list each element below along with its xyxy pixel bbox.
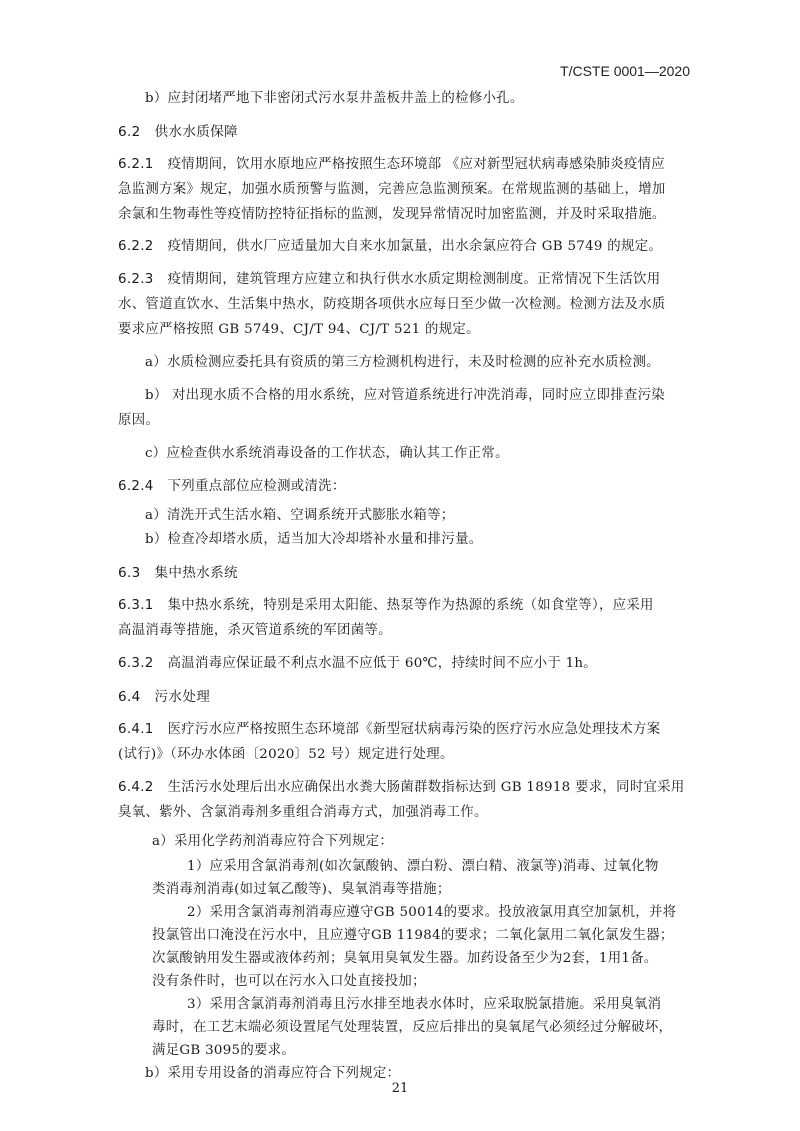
text-line: 余氯和生物毒性等疫情防控特征指标的监测，发现异常情况时加密监测，并及时采取措施。 — [118, 203, 666, 222]
text-line: 2）采用含氯消毒剂消毒应遵守GB 50014的要求。投放液氯用真空加氯机，并将 — [187, 901, 676, 920]
text-line: 投氯管出口淹没在污水中，且应遵守GB 11984的要求；二氧化氯用二氧化氯发生器… — [152, 924, 674, 943]
line-text: 原因。 — [118, 413, 159, 428]
line-text: a）采用化学药剂消毒应符合下列规定： — [152, 834, 393, 849]
line-text: 2）采用含氯消毒剂消毒应遵守GB 50014的要求。投放液氯用真空加氯机，并将 — [187, 905, 676, 920]
clause-line: 6.2.2疫情期间，供水厂应适量加大自来水加氯量，出水余氯应符合 GB 5749… — [118, 235, 662, 254]
text-line: b）采用专用设备的消毒应符合下列规定： — [145, 1062, 400, 1081]
line-text: b）检查冷却塔水质，适当加大冷却塔补水量和排污量。 — [145, 532, 482, 547]
line-text: 高温消毒等措施，杀灭管道系统的军团菌等。 — [118, 623, 392, 638]
line-text: 供水水质保障 — [155, 124, 238, 140]
clause-number: 6.3 — [118, 565, 141, 581]
text-line: a）清洗开式生活水箱、空调系统开式膨胀水箱等； — [145, 504, 454, 523]
line-text: b） 对出现水质不合格的用水系统，应对管道系统进行冲洗消毒，同时应立即排查污染 — [145, 388, 665, 403]
clause-line: 6.2.3疫情期间，建筑管理方应建立和执行供水水质定期检测制度。正常情况下生活饮… — [118, 268, 660, 287]
clause-number: 6.3.1 — [118, 598, 154, 613]
line-text: 要求应严格按照 GB 5749、CJ/T 94、CJ/T 521 的规定。 — [118, 322, 480, 337]
document-code: T/CSTE 0001—2020 — [560, 63, 690, 79]
clause-line: 6.3集中热水系统 — [118, 561, 238, 581]
clause-number: 6.2 — [118, 124, 141, 140]
line-text: 疫情期间，饮用水原地应严格按照生态环境部 《应对新型冠状病毒感染肺炎疫情应 — [168, 157, 665, 172]
line-text: b）采用专用设备的消毒应符合下列规定： — [145, 1066, 400, 1081]
line-text: 1）应采用含氯消毒剂(如次氯酸钠、漂白粉、漂白精、液氯等)消毒、过氧化物 — [187, 859, 659, 874]
line-text: 水、管道直饮水、生活集中热水，防疫期各项供水应每日至少做一次检测。检测方法及水质 — [118, 297, 666, 312]
clause-number: 6.3.2 — [118, 656, 154, 671]
line-text: 疫情期间，建筑管理方应建立和执行供水水质定期检测制度。正常情况下生活饮用 — [168, 272, 661, 287]
line-text: 集中热水系统 — [155, 565, 238, 581]
text-line: b） 对出现水质不合格的用水系统，应对管道系统进行冲洗消毒，同时应立即排查污染 — [145, 384, 665, 403]
text-line: 没有条件时，也可以在污水入口处直接投加； — [152, 970, 426, 989]
clause-line: 6.2供水水质保障 — [118, 120, 238, 140]
line-text: 高温消毒应保证最不利点水温不应低于 60℃，持续时间不应小于 1h。 — [168, 656, 597, 671]
text-line: a）水质检测应委托具有资质的第三方检测机构进行，未及时检测的应补充水质检测。 — [145, 351, 660, 370]
line-text: 余氯和生物毒性等疫情防控特征指标的监测，发现异常情况时加密监测，并及时采取措施。 — [118, 207, 666, 222]
text-line: 原因。 — [118, 409, 159, 428]
text-line: 急监测方案》规定，加强水质预警与监测，完善应急监测预案。在常规监测的基础上，增加 — [118, 178, 666, 197]
text-line: b）应封闭堵严地下非密闭式污水泵井盖板井盖上的检修小孔。 — [145, 87, 524, 106]
line-text: 满足GB 3095的要求。 — [152, 1043, 295, 1058]
clause-number: 6.4.1 — [118, 722, 154, 737]
clause-line: 6.2.4下列重点部位应检测或清洗： — [118, 475, 346, 494]
line-text: 没有条件时，也可以在污水入口处直接投加； — [152, 974, 426, 989]
text-line: a）采用化学药剂消毒应符合下列规定： — [152, 830, 393, 849]
line-text: 疫情期间，供水厂应适量加大自来水加氯量，出水余氯应符合 GB 5749 的规定。 — [168, 239, 663, 254]
line-text: 3）采用含氯消毒剂消毒且污水排至地表水体时，应采取脱氯措施。采用臭氧消 — [187, 997, 661, 1012]
line-text: 臭氧、紫外、含氯消毒剂多重组合消毒方式，加强消毒工作。 — [118, 805, 488, 820]
text-line: 1）应采用含氯消毒剂(如次氯酸钠、漂白粉、漂白精、液氯等)消毒、过氧化物 — [187, 855, 659, 874]
line-text: (试行)》（环办水体函〔2020〕52 号）规定进行处理。 — [118, 747, 454, 762]
clause-line: 6.3.1集中热水系统，特别是采用太阳能、热泵等作为热源的系统（如食堂等），应采… — [118, 594, 654, 613]
clause-line: 6.3.2高温消毒应保证最不利点水温不应低于 60℃，持续时间不应小于 1h。 — [118, 652, 597, 671]
line-text: c）应检查供水系统消毒设备的工作状态，确认其工作正常。 — [145, 446, 509, 461]
text-line: 类消毒剂消毒(如过氧乙酸等)、臭氧消毒等措施； — [152, 878, 451, 897]
text-line: 3）采用含氯消毒剂消毒且污水排至地表水体时，应采取脱氯措施。采用臭氧消 — [187, 993, 661, 1012]
line-text: 医疗污水应严格按照生态环境部《新型冠状病毒污染的医疗污水应急处理技术方案 — [168, 722, 661, 737]
line-text: 污水处理 — [155, 689, 211, 705]
text-line: 臭氧、紫外、含氯消毒剂多重组合消毒方式，加强消毒工作。 — [118, 801, 488, 820]
clause-number: 6.4 — [118, 689, 141, 705]
line-text: a）清洗开式生活水箱、空调系统开式膨胀水箱等； — [145, 508, 454, 523]
line-text: 急监测方案》规定，加强水质预警与监测，完善应急监测预案。在常规监测的基础上，增加 — [118, 182, 666, 197]
line-text: 投氯管出口淹没在污水中，且应遵守GB 11984的要求；二氧化氯用二氧化氯发生器… — [152, 928, 674, 943]
clause-number: 6.2.1 — [118, 157, 154, 172]
clause-line: 6.4.1医疗污水应严格按照生态环境部《新型冠状病毒污染的医疗污水应急处理技术方… — [118, 718, 660, 737]
clause-number: 6.2.2 — [118, 239, 154, 254]
line-text: 集中热水系统，特别是采用太阳能、热泵等作为热源的系统（如食堂等），应采用 — [168, 598, 654, 613]
line-text: a）水质检测应委托具有资质的第三方检测机构进行，未及时检测的应补充水质检测。 — [145, 355, 660, 370]
text-line: 要求应严格按照 GB 5749、CJ/T 94、CJ/T 521 的规定。 — [118, 318, 480, 337]
text-line: b）检查冷却塔水质，适当加大冷却塔补水量和排污量。 — [145, 528, 482, 547]
line-text: 类消毒剂消毒(如过氧乙酸等)、臭氧消毒等措施； — [152, 882, 451, 897]
text-line: 毒时，在工艺末端必须设置尾气处理装置，反应后排出的臭氧尾气必须经过分解破坏， — [152, 1016, 672, 1035]
text-line: 满足GB 3095的要求。 — [152, 1039, 295, 1058]
text-line: 水、管道直饮水、生活集中热水，防疫期各项供水应每日至少做一次检测。检测方法及水质 — [118, 293, 666, 312]
line-text: 生活污水处理后出水应确保出水粪大肠菌群数指标达到 GB 18918 要求，同时宜… — [168, 780, 685, 795]
clause-line: 6.4污水处理 — [118, 685, 210, 705]
clause-line: 6.2.1疫情期间，饮用水原地应严格按照生态环境部 《应对新型冠状病毒感染肺炎疫… — [118, 153, 665, 172]
text-line: (试行)》（环办水体函〔2020〕52 号）规定进行处理。 — [118, 743, 454, 762]
text-line: 次氯酸钠用发生器或液体药剂；臭氧用臭氧发生器。加药设备至少为2套，1用1备。 — [152, 947, 658, 966]
line-text: 次氯酸钠用发生器或液体药剂；臭氧用臭氧发生器。加药设备至少为2套，1用1备。 — [152, 951, 658, 966]
line-text: 毒时，在工艺末端必须设置尾气处理装置，反应后排出的臭氧尾气必须经过分解破坏， — [152, 1020, 672, 1035]
clause-number: 6.4.2 — [118, 780, 154, 795]
line-text: b）应封闭堵严地下非密闭式污水泵井盖板井盖上的检修小孔。 — [145, 91, 524, 106]
clause-line: 6.4.2生活污水处理后出水应确保出水粪大肠菌群数指标达到 GB 18918 要… — [118, 776, 685, 795]
text-line: 高温消毒等措施，杀灭管道系统的军团菌等。 — [118, 619, 392, 638]
clause-number: 6.2.3 — [118, 272, 154, 287]
line-text: 下列重点部位应检测或清洗： — [168, 479, 346, 494]
page-number: 21 — [0, 1081, 800, 1096]
clause-number: 6.2.4 — [118, 479, 154, 494]
text-line: c）应检查供水系统消毒设备的工作状态，确认其工作正常。 — [145, 442, 509, 461]
